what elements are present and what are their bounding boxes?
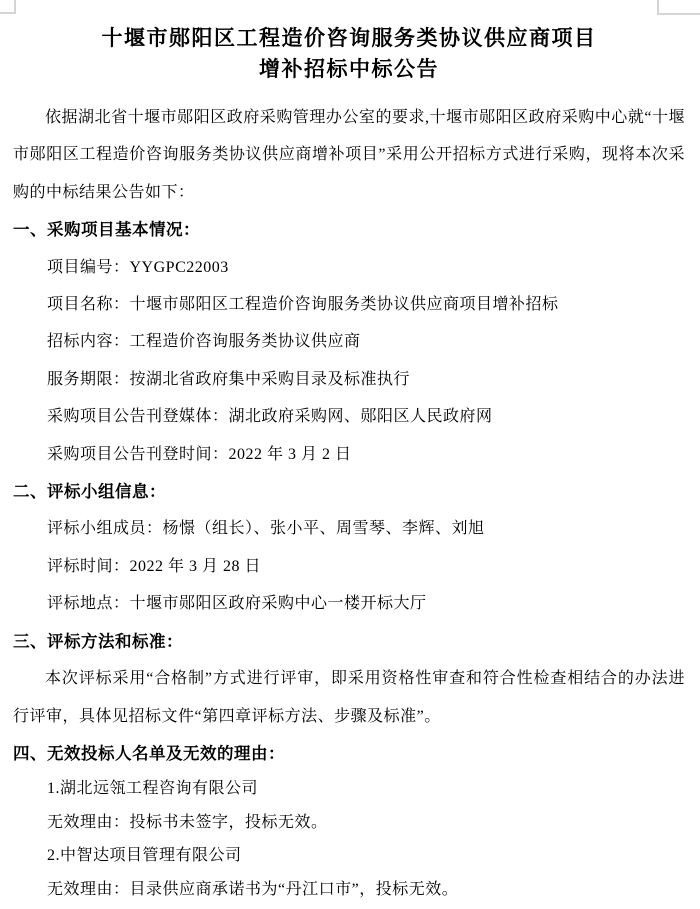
project-name-line: 项目名称：十堰市郧阳区工程造价咨询服务类协议供应商项目增补招标: [47, 286, 685, 323]
invalid-bidder-1-line: 1.湖北远瓴工程咨询有限公司: [47, 772, 685, 805]
document-page: 十堰市郧阳区工程造价咨询服务类协议供应商项目 增补招标中标公告 依据湖北省十堰市…: [0, 0, 700, 909]
section-4-heading: 四、无效投标人名单及无效的理由：: [13, 735, 685, 772]
service-period-line: 服务期限：按湖北省政府集中采购目录及标准执行: [47, 361, 685, 398]
committee-members-line: 评标小组成员：杨憬（组长）、张小平、周雪琴、李辉、刘旭: [47, 510, 685, 547]
section-2-heading: 二、评标小组信息：: [13, 473, 685, 510]
invalid-bidder-2-line: 2.中智达项目管理有限公司: [47, 839, 685, 872]
document-title: 十堰市郧阳区工程造价咨询服务类协议供应商项目 增补招标中标公告: [13, 23, 685, 85]
announcement-media-line: 采购项目公告刊登媒体：湖北政府采购网、郧阳区人民政府网: [47, 398, 685, 435]
section-3-heading: 三、评标方法和标准：: [13, 623, 685, 660]
section-1-heading: 一、采购项目基本情况：: [13, 211, 685, 248]
document-title-line-2: 增补招标中标公告: [13, 54, 685, 85]
project-number-line: 项目编号：YYGPC22003: [47, 249, 685, 286]
announcement-date-line: 采购项目公告刊登时间：2022 年 3 月 2 日: [47, 436, 685, 473]
evaluation-place-line: 评标地点：十堰市郧阳区政府采购中心一楼开标大厅: [47, 585, 685, 622]
invalid-reason-2-line: 无效理由：目录供应商承诺书为“丹江口市”，投标无效。: [47, 873, 685, 906]
evaluation-method-paragraph: 本次评标采用“合格制”方式进行评审，即采用资格性审查和符合性检查相结合的办法进行…: [13, 660, 685, 735]
evaluation-time-line: 评标时间：2022 年 3 月 28 日: [47, 548, 685, 585]
document-title-line-1: 十堰市郧阳区工程造价咨询服务类协议供应商项目: [13, 23, 685, 54]
bidding-content-line: 招标内容：工程造价咨询服务类协议供应商: [47, 323, 685, 360]
document-content: 十堰市郧阳区工程造价咨询服务类协议供应商项目 增补招标中标公告 依据湖北省十堰市…: [13, 0, 685, 906]
intro-paragraph: 依据湖北省十堰市郧阳区政府采购管理办公室的要求,十堰市郧阳区政府采购中心就“十堰…: [13, 99, 685, 211]
invalid-reason-1-line: 无效理由：投标书未签字，投标无效。: [47, 806, 685, 839]
